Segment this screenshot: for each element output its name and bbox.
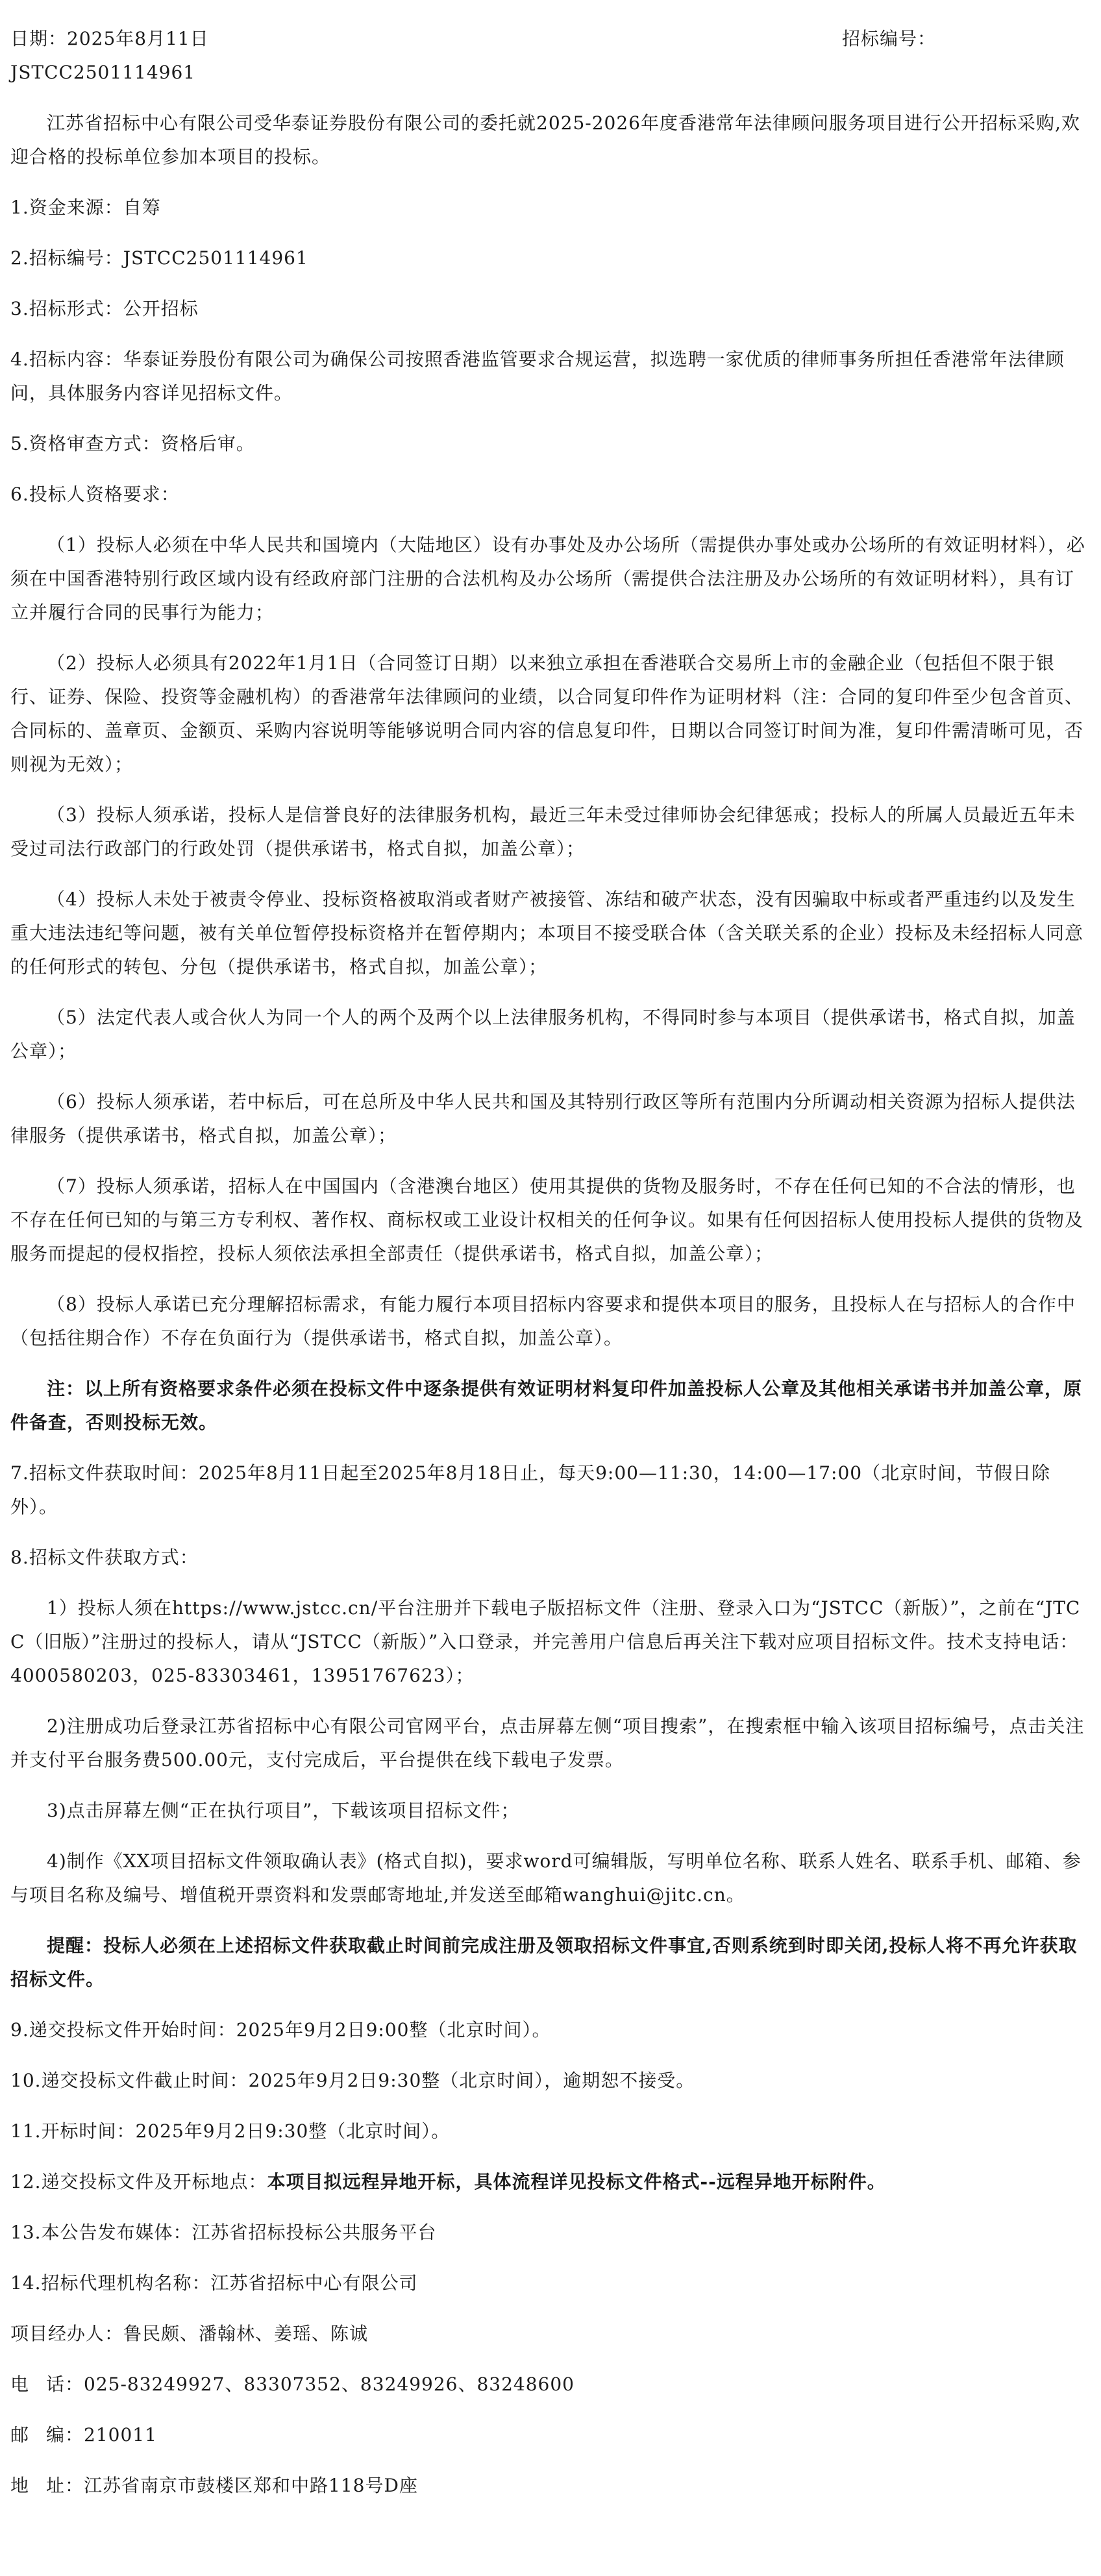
acquisition-reminder: 提醒：投标人必须在上述招标文件获取截止时间前完成注册及领取招标文件事宜,否则系统… <box>10 1929 1091 1996</box>
requirements-note: 注：以上所有资格要求条件必须在投标文件中逐条提供有效证明材料复印件加盖投标人公章… <box>10 1372 1091 1440</box>
section-bid-content: 4.招标内容：华泰证券股份有限公司为确保公司按照香港监管要求合规运营，拟选聘一家… <box>10 343 1091 410</box>
section-qualification-review: 5.资格审查方式：资格后审。 <box>10 427 1091 461</box>
contact-zip: 邮编：210011 <box>10 2418 1091 2452</box>
bid-number-value: JSTCC2501114961 <box>10 56 1091 90</box>
requirement-item-1: （1）投标人必须在中华人民共和国境内（大陆地区）设有办事处及办公场所（需提供办事… <box>10 528 1091 630</box>
section-agency-name: 14.招标代理机构名称：江苏省招标中心有限公司 <box>10 2266 1091 2300</box>
acquisition-step-4: 4)制作《XX项目招标文件领取确认表》(格式自拟)，要求word可编辑版，写明单… <box>10 1845 1091 1912</box>
phone-value: ：025-83249927、83307352、83249926、83248600 <box>65 2374 575 2395</box>
section-document-acquisition-time: 7.招标文件获取时间：2025年8月11日起至2025年8月18日止，每天9:0… <box>10 1456 1091 1524</box>
section-document-acquisition-method: 8.招标文件获取方式： <box>10 1541 1091 1575</box>
zip-label: 邮编 <box>10 2418 65 2452</box>
zip-value: ：210011 <box>65 2424 157 2446</box>
section-bid-opening-location: 12.递交投标文件及开标地点：本项目拟远程异地开标，具体流程详见投标文件格式--… <box>10 2165 1091 2199</box>
acquisition-step-2: 2)注册成功后登录江苏省招标中心有限公司官网平台，点击屏幕左侧“项目搜索”，在搜… <box>10 1710 1091 1777</box>
contact-phone: 电话：025-83249927、83307352、83249926、832486… <box>10 2368 1091 2401</box>
acquisition-step-3: 3)点击屏幕左侧“正在执行项目”，下载该项目招标文件； <box>10 1794 1091 1828</box>
section-bid-form: 3.招标形式：公开招标 <box>10 292 1091 326</box>
section-submission-deadline: 10.递交投标文件截止时间：2025年9月2日9:30整（北京时间），逾期恕不接… <box>10 2064 1091 2098</box>
section-bid-number: 2.招标编号：JSTCC2501114961 <box>10 241 1091 275</box>
requirement-item-4: （4）投标人未处于被责令停业、投标资格被取消或者财产被接管、冻结和破产状态，没有… <box>10 883 1091 984</box>
announcement-date: 日期：2025年8月11日 <box>10 22 209 56</box>
requirement-item-8: （8）投标人承诺已充分理解招标需求，有能力履行本项目招标内容要求和提供本项目的服… <box>10 1288 1091 1355</box>
address-label: 地址 <box>10 2469 65 2503</box>
section-submission-start: 9.递交投标文件开始时间：2025年9月2日9:00整（北京时间）。 <box>10 2013 1091 2047</box>
requirement-item-3: （3）投标人须承诺，投标人是信誉良好的法律服务机构，最近三年未受过律师协会纪律惩… <box>10 798 1091 866</box>
document-header: 日期：2025年8月11日 招标编号： <box>10 22 1091 56</box>
section-funding-source: 1.资金来源：自筹 <box>10 191 1091 225</box>
section-bidder-requirements: 6.投标人资格要求： <box>10 478 1091 511</box>
intro-paragraph: 江苏省招标中心有限公司受华泰证券股份有限公司的委托就2025-2026年度香港常… <box>10 106 1091 174</box>
section-bid-opening-time: 11.开标时间：2025年9月2日9:30整（北京时间）。 <box>10 2115 1091 2148</box>
address-value: ：江苏省南京市鼓楼区郑和中路118号D座 <box>65 2475 418 2496</box>
requirement-item-6: （6）投标人须承诺，若中标后，可在总所及中华人民共和国及其特别行政区等所有范围内… <box>10 1085 1091 1153</box>
requirement-item-2: （2）投标人必须具有2022年1月1日（合同签订日期）以来独立承担在香港联合交易… <box>10 646 1091 781</box>
tender-announcement-document: 日期：2025年8月11日 招标编号： JSTCC2501114961 江苏省招… <box>0 0 1101 2503</box>
bid-number-label: 招标编号： <box>842 22 1091 56</box>
project-managers: 项目经办人：鲁民颇、潘翰林、姜瑶、陈诚 <box>10 2317 1091 2351</box>
acquisition-step-1: 1）投标人须在https://www.jstcc.cn/平台注册并下载电子版招标… <box>10 1591 1091 1693</box>
contact-address: 地址：江苏省南京市鼓楼区郑和中路118号D座 <box>10 2469 1091 2503</box>
location-label: 12.递交投标文件及开标地点： <box>10 2171 267 2192</box>
location-value: 本项目拟远程异地开标，具体流程详见投标文件格式--远程异地开标附件。 <box>267 2171 886 2192</box>
section-publication-media: 13.本公告发布媒体：江苏省招标投标公共服务平台 <box>10 2216 1091 2250</box>
spacer <box>10 90 1091 106</box>
phone-label: 电话 <box>10 2368 65 2401</box>
requirement-item-5: （5）法定代表人或合伙人为同一个人的两个及两个以上法律服务机构，不得同时参与本项… <box>10 1001 1091 1068</box>
requirement-item-7: （7）投标人须承诺，招标人在中国国内（含港澳台地区）使用其提供的货物及服务时，不… <box>10 1170 1091 1271</box>
